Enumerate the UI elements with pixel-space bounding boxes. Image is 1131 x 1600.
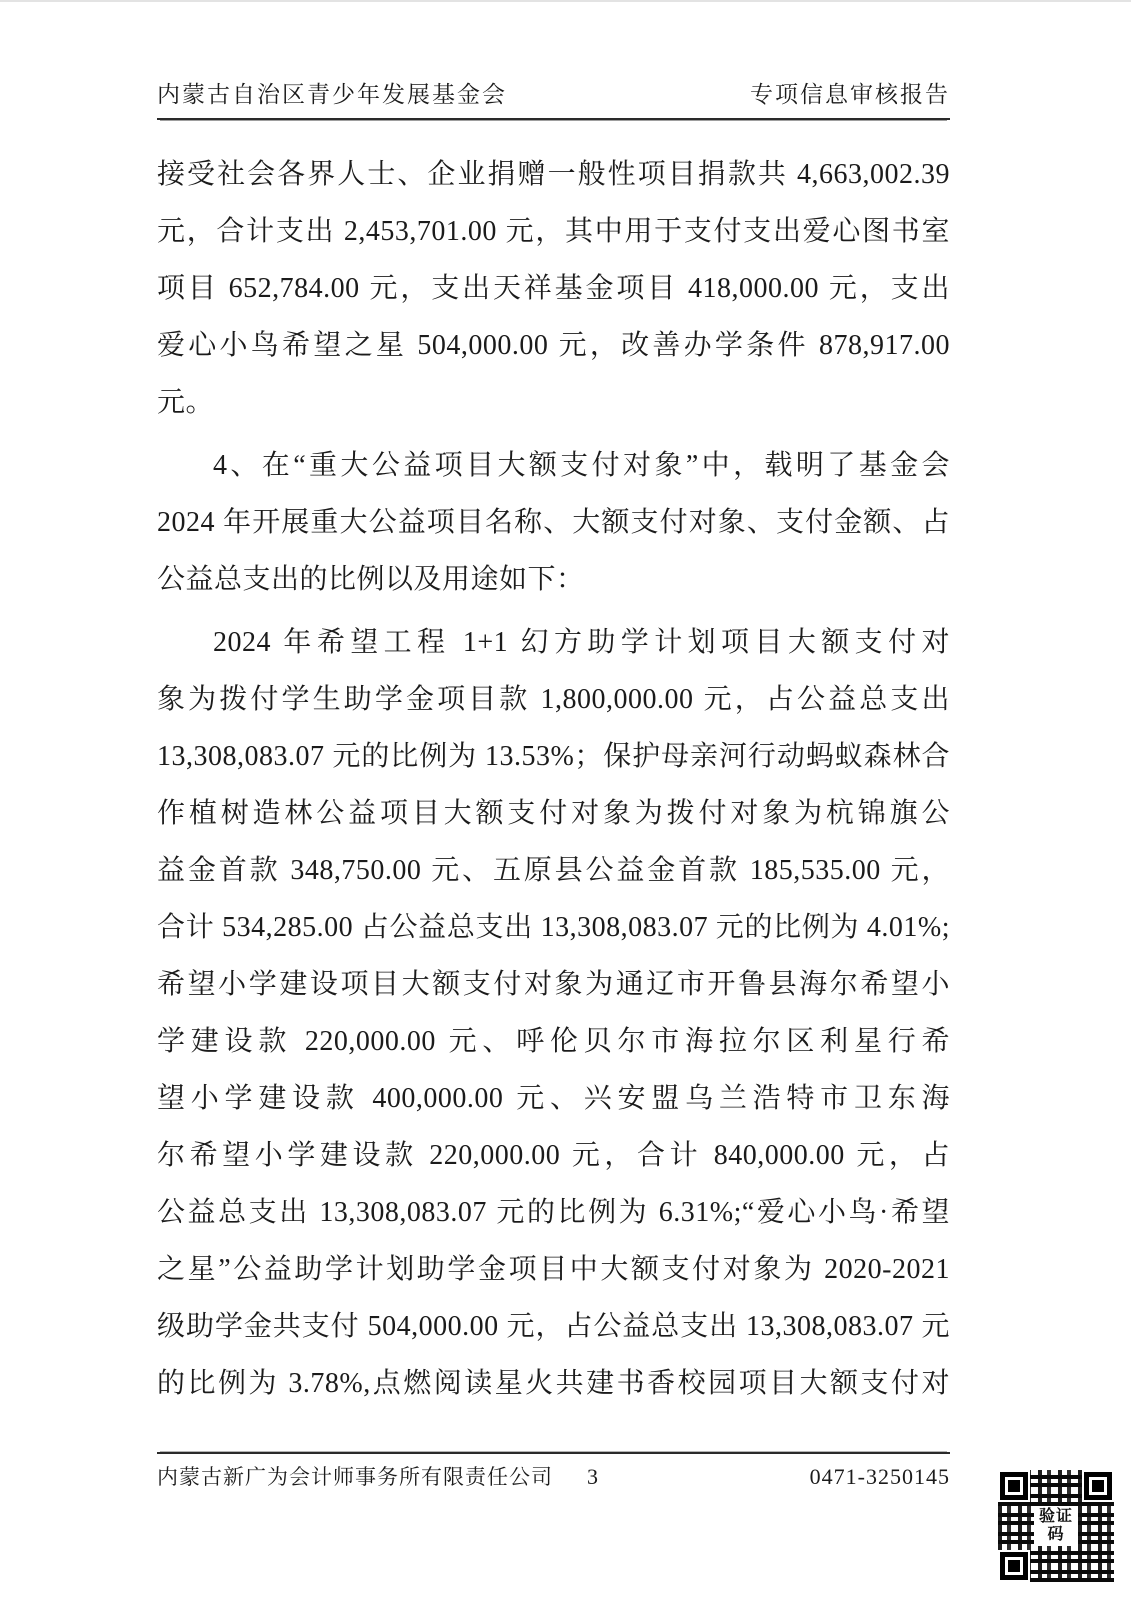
text-line: 尔希望小学建设款 220,000.00 元，合计 840,000.00 元，占 bbox=[157, 1127, 950, 1184]
text-line: 4、在“重大公益项目大额支付对象”中，载明了基金会 bbox=[157, 437, 950, 494]
text-line: 公益总支出 13,308,083.07 元的比例为 6.31%;“爱心小鸟·希望 bbox=[157, 1184, 950, 1241]
text-line: 爱心小鸟希望之星 504,000.00 元，改善办学条件 878,917.00 bbox=[157, 317, 950, 374]
footer-phone-number: 0471-3250145 bbox=[810, 1464, 950, 1490]
text-line: 益金首款 348,750.00 元、五原县公益金首款 185,535.00 元， bbox=[157, 842, 950, 899]
text-line: 接受社会各界人士、企业捐赠一般性项目捐款共 4,663,002.39 bbox=[157, 146, 950, 203]
text-line: 元。 bbox=[157, 374, 950, 431]
qr-finder-bottom-left bbox=[1000, 1552, 1028, 1580]
qr-finder-top-right bbox=[1084, 1472, 1112, 1500]
text-line: 2024 年希望工程 1+1 幻方助学计划项目大额支付对 bbox=[157, 614, 950, 671]
text-line: 公益总支出的比例以及用途如下： bbox=[157, 551, 950, 608]
paragraph-section-4-intro: 4、在“重大公益项目大额支付对象”中，载明了基金会 2024 年开展重大公益项目… bbox=[157, 437, 950, 608]
document-page: 内蒙古自治区青少年发展基金会 专项信息审核报告 接受社会各界人士、企业捐赠一般性… bbox=[0, 0, 1131, 1600]
qr-center-label: 验证码 bbox=[1034, 1506, 1078, 1546]
document-body: 接受社会各界人士、企业捐赠一般性项目捐款共 4,663,002.39 元，合计支… bbox=[157, 146, 950, 1412]
text-line: 学建设款 220,000.00 元、呼伦贝尔市海拉尔区利星行希 bbox=[157, 1013, 950, 1070]
text-line: 元，合计支出 2,453,701.00 元，其中用于支付支出爱心图书室 bbox=[157, 203, 950, 260]
text-line: 希望小学建设项目大额支付对象为通辽市开鲁县海尔希望小 bbox=[157, 956, 950, 1013]
text-line: 望小学建设款 400,000.00 元、兴安盟乌兰浩特市卫东海 bbox=[157, 1070, 950, 1127]
paragraph-major-projects-detail: 2024 年希望工程 1+1 幻方助学计划项目大额支付对 象为拨付学生助学金项目… bbox=[157, 614, 950, 1412]
qr-finder-top-left bbox=[1000, 1472, 1028, 1500]
footer-left: 内蒙古新广为会计师事务所有限责任公司 3 bbox=[157, 1461, 598, 1491]
header-right-title: 专项信息审核报告 bbox=[750, 76, 950, 109]
page-number: 3 bbox=[587, 1464, 598, 1490]
text-line: 之星”公益助学计划助学金项目中大额支付对象为 2020-2021 bbox=[157, 1241, 950, 1298]
text-line: 合计 534,285.00 占公益总支出 13,308,083.07 元的比例为… bbox=[157, 899, 950, 956]
qr-label-line1: 验证 bbox=[1039, 1508, 1073, 1525]
page-header: 内蒙古自治区青少年发展基金会 专项信息审核报告 bbox=[157, 76, 950, 120]
text-line: 项目 652,784.00 元，支出天祥基金项目 418,000.00 元，支出 bbox=[157, 260, 950, 317]
text-line: 2024 年开展重大公益项目名称、大额支付对象、支付金额、占 bbox=[157, 494, 950, 551]
footer-company-name: 内蒙古新广为会计师事务所有限责任公司 bbox=[157, 1461, 553, 1491]
text-line: 13,308,083.07 元的比例为 13.53%；保护母亲河行动蚂蚁森林合 bbox=[157, 728, 950, 785]
page-footer: 内蒙古新广为会计师事务所有限责任公司 3 0471-3250145 bbox=[157, 1452, 950, 1491]
text-line: 象为拨付学生助学金项目款 1,800,000.00 元，占公益总支出 bbox=[157, 671, 950, 728]
text-line: 级助学金共支付 504,000.00 元，占公益总支出 13,308,083.0… bbox=[157, 1298, 950, 1355]
text-line: 作植树造林公益项目大额支付对象为拨付对象为杭锦旗公 bbox=[157, 785, 950, 842]
paragraph-donations-summary: 接受社会各界人士、企业捐赠一般性项目捐款共 4,663,002.39 元，合计支… bbox=[157, 146, 950, 431]
text-line: 的比例为 3.78%,点燃阅读星火共建书香校园项目大额支付对 bbox=[157, 1355, 950, 1412]
qr-label-line2: 码 bbox=[1047, 1526, 1064, 1543]
header-left-title: 内蒙古自治区青少年发展基金会 bbox=[157, 76, 507, 109]
qr-code: 验证码 bbox=[998, 1470, 1114, 1582]
